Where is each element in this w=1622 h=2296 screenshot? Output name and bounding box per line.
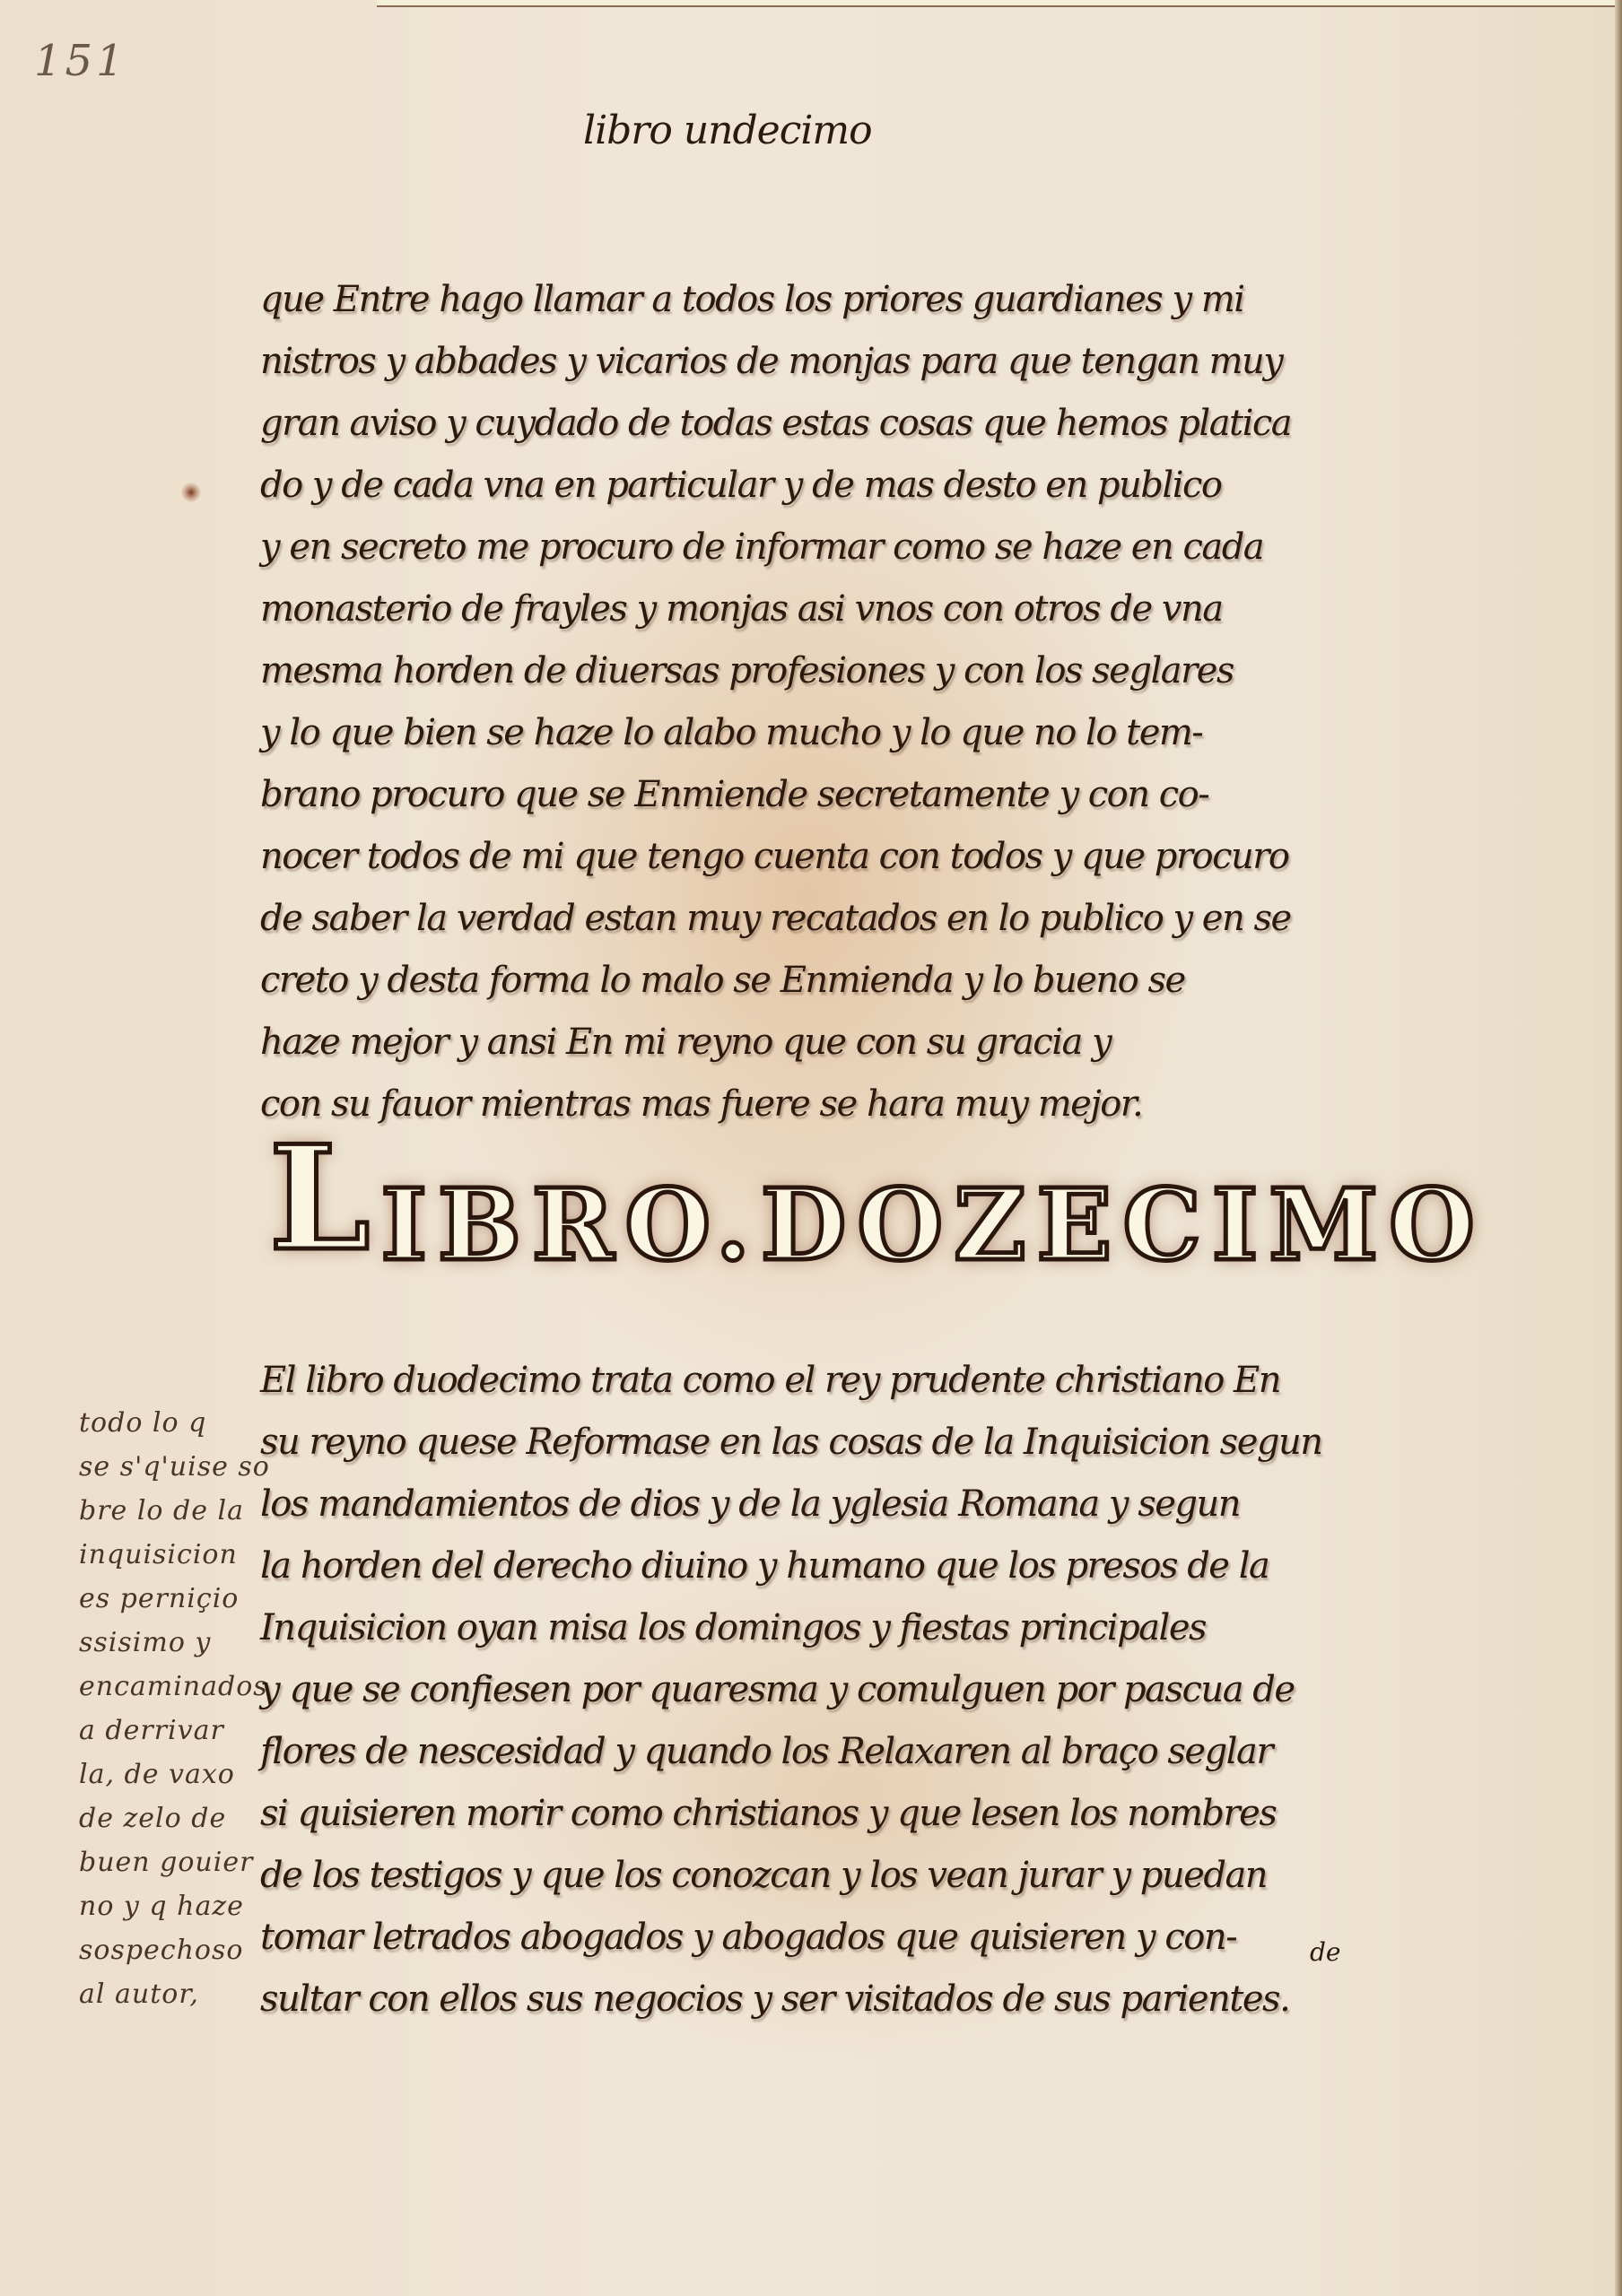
text-line: si quisieren morir como christianos y qu… xyxy=(260,1783,1382,1845)
text-line: de los testigos y que los conozcan y los… xyxy=(260,1845,1382,1907)
text-line: la horden del derecho diuino y humano qu… xyxy=(260,1535,1382,1597)
margin-note-line: buen gouier xyxy=(79,1840,267,1884)
margin-note-line: la, de vaxo xyxy=(79,1752,267,1796)
interlinear-insertion: de xyxy=(1310,1937,1341,1967)
text-line: flores de nescesidad y quando los Relaxa… xyxy=(260,1721,1382,1783)
text-line: brano procuro que se Enmiende secretamen… xyxy=(260,764,1382,826)
margin-note-line: a derrivar xyxy=(79,1709,267,1752)
text-line: nocer todos de mi que tengo cuenta con t… xyxy=(260,826,1382,888)
binding-edge xyxy=(1615,0,1622,2296)
text-line: que Entre hago llamar a todos los priore… xyxy=(260,269,1382,331)
margin-note-line: al autor, xyxy=(79,1972,267,2016)
margin-note-line: se s'q'uise so xyxy=(79,1445,267,1489)
folio-number: 151 xyxy=(34,36,127,86)
text-line: monasterio de frayles y monjas asi vnos … xyxy=(260,578,1382,640)
title-rest: IBRO.DOZECIMO xyxy=(381,1167,1486,1283)
text-line: do y de cada vna en particular y de mas … xyxy=(260,455,1382,517)
text-line: y lo que bien se haze lo alabo mucho y l… xyxy=(260,702,1382,764)
text-line: Inquisicion oyan misa los domingos y fie… xyxy=(260,1597,1382,1659)
text-line: mesma horden de diuersas profesiones y c… xyxy=(260,640,1382,702)
text-line: haze mejor y ansi En mi reyno que con su… xyxy=(260,1012,1382,1074)
running-head: libro undecimo xyxy=(583,108,872,153)
title-initial: L xyxy=(269,1114,381,1283)
ink-spot xyxy=(181,483,201,502)
text-line: con su fauor mientras mas fuere se hara … xyxy=(260,1074,1382,1135)
text-line: gran aviso y cuydado de todas estas cosa… xyxy=(260,393,1382,455)
text-line: y que se confiesen por quaresma y comulg… xyxy=(260,1659,1382,1721)
text-line: de saber la verdad estan muy recatados e… xyxy=(260,888,1382,950)
margin-note-line: de zelo de xyxy=(79,1796,267,1840)
margin-note-line: sospechoso xyxy=(79,1928,267,1972)
text-line: tomar letrados abogados y abogados que q… xyxy=(260,1907,1382,1969)
manuscript-page: 151 libro undecimo que Entre hago llamar… xyxy=(0,0,1622,2296)
lower-text-block: El libro duodecimo trata como el rey pru… xyxy=(260,1350,1382,2031)
margin-note-line: encaminados xyxy=(79,1665,267,1709)
top-page-edge xyxy=(377,0,1615,7)
margin-note-line: todo lo q xyxy=(79,1401,267,1445)
text-line: nistros y abbades y vicarios de monjas p… xyxy=(260,331,1382,393)
margin-note-line: ssisimo y xyxy=(79,1621,267,1665)
margin-note-line: inquisicion xyxy=(79,1533,267,1577)
text-line: El libro duodecimo trata como el rey pru… xyxy=(260,1350,1382,1412)
text-line: sultar con ellos sus negocios y ser visi… xyxy=(260,1969,1382,2031)
book-title: LIBRO.DOZECIMO xyxy=(269,1166,1346,1283)
upper-text-block: que Entre hago llamar a todos los priore… xyxy=(260,269,1382,1135)
text-line: creto y desta forma lo malo se Enmienda … xyxy=(260,950,1382,1012)
margin-note: todo lo q se s'q'uise so bre lo de la in… xyxy=(79,1401,267,2016)
text-line: los mandamientos de dios y de la yglesia… xyxy=(260,1474,1382,1535)
margin-note-line: es perniçio xyxy=(79,1577,267,1621)
margin-note-line: no y q haze xyxy=(79,1884,267,1928)
margin-note-line: bre lo de la xyxy=(79,1489,267,1533)
text-line: su reyno quese Reformase en las cosas de… xyxy=(260,1412,1382,1474)
text-line: y en secreto me procuro de informar como… xyxy=(260,517,1382,578)
